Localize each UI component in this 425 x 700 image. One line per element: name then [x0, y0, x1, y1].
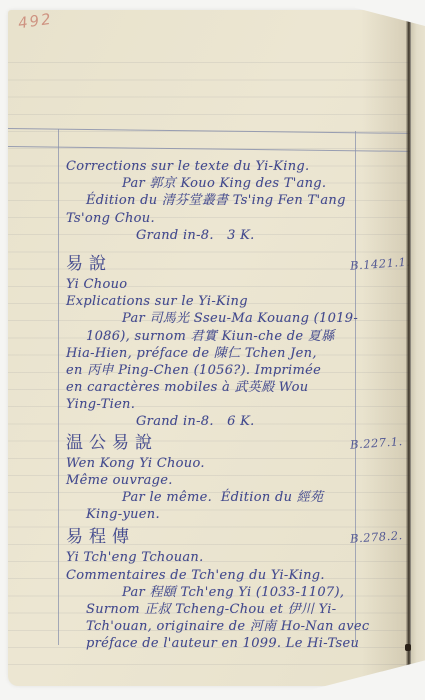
- page-number-stamp: 492: [17, 10, 54, 33]
- adjacent-page-edge: [411, 16, 425, 692]
- entry-line: Grand in-8. 6 K.: [136, 413, 372, 430]
- entry-title-cjk: 易程傳: [66, 525, 372, 549]
- entry-title-cjk: 易說: [66, 252, 372, 276]
- text-column: Corrections sur le texte du Yi-King.Par …: [60, 158, 372, 653]
- entry-line: préface de l'auteur en 1099. Le Hi-Tseu: [86, 635, 372, 652]
- entry-line: Ts'ong Chou.: [66, 210, 372, 227]
- catalog-entry: 易程傳Yi Tch'eng Tchouan.Commentaires de Tc…: [60, 525, 372, 652]
- entry-line: Yi Tch'eng Tchouan.: [66, 549, 372, 566]
- manuscript-page: 492 Corrections sur le texte du Yi-King.…: [8, 10, 410, 686]
- entry-line: Corrections sur le texte du Yi-King.: [66, 158, 372, 175]
- entry-line: Explications sur le Yi-King: [66, 293, 372, 310]
- catalog-entry: 温公易說Wen Kong Yi Chouo.Même ouvrage.Par l…: [60, 431, 372, 524]
- entry-line: Par 司馬光 Sseu-Ma Kouang (1019-: [122, 310, 372, 327]
- entry-line: 1086), surnom 君實 Kiun-che de 夏縣: [86, 328, 372, 345]
- photo-background-corner-bottom-left: [0, 688, 60, 700]
- entry-line: Grand in-8. 3 K.: [136, 227, 372, 244]
- entry-line: Par le même. Édition du 經苑: [122, 489, 372, 506]
- entry-line: Ying-Tien.: [66, 396, 372, 413]
- catalog-entry: Corrections sur le texte du Yi-King.Par …: [60, 158, 372, 244]
- scanned-catalog-photo: { "document": { "stamp_number": "492", "…: [0, 0, 425, 700]
- entry-line: Yi Chouo: [66, 276, 372, 293]
- entry-line: Par 程頤 Tch'eng Yi (1033-1107),: [122, 584, 372, 601]
- entry-line: King-yuen.: [86, 506, 372, 523]
- entry-line: Édition du 清芬堂叢書 Ts'ing Fen T'ang: [86, 192, 372, 209]
- entry-title-cjk: 温公易說: [66, 431, 372, 455]
- catalog-entry: 易說Yi ChouoExplications sur le Yi-KingPar…: [60, 252, 372, 431]
- entry-line: en 丙申 Ping-Chen (1056?). Imprimée: [66, 362, 372, 379]
- entry-line: Par 郭京 Kouo King des T'ang.: [122, 175, 372, 192]
- entry-line: Même ouvrage.: [66, 472, 372, 489]
- entry-line: en caractères mobiles à 武英殿 Wou: [66, 379, 372, 396]
- entry-line: Wen Kong Yi Chouo.: [66, 455, 372, 472]
- entry-line: Surnom 正叔 Tcheng-Chou et 伊川 Yi-: [86, 601, 372, 618]
- entry-line: Hia-Hien, préface de 陳仁 Tchen Jen,: [66, 345, 372, 362]
- entry-line: Tch'ouan, originaire de 河南 Ho-Nan avec: [86, 618, 372, 635]
- entry-line: Commentaires de Tch'eng du Yi-King.: [66, 567, 372, 584]
